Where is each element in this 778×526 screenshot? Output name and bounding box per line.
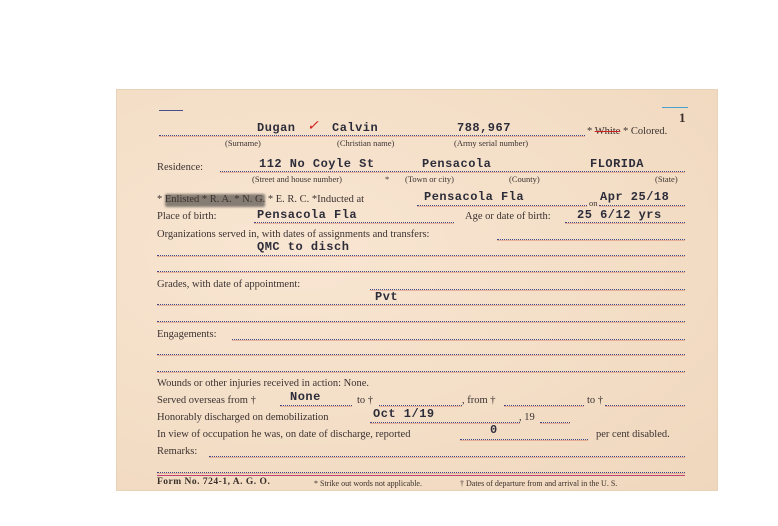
grades-line-2 xyxy=(157,304,685,305)
christian-name-value: Calvin xyxy=(332,121,378,135)
overseas-from-line xyxy=(280,405,352,406)
disability-value: 0 xyxy=(490,423,498,437)
remarks-label: Remarks: xyxy=(157,446,197,457)
age-value: 25 6/12 yrs xyxy=(577,208,662,222)
page-number: 1 xyxy=(679,110,686,126)
county-caption: (County) xyxy=(509,174,540,184)
residence-label: Residence: xyxy=(157,162,203,173)
overseas-to-line xyxy=(379,405,462,406)
residence-state-value: FLORIDA xyxy=(590,157,644,171)
discharge-year-label: , 19 xyxy=(519,412,535,423)
age-line xyxy=(565,222,685,223)
engagements-line-3 xyxy=(157,371,685,372)
organizations-line-3 xyxy=(157,271,685,272)
organizations-value: QMC to disch xyxy=(257,240,349,254)
race-field: * White * Colored. xyxy=(587,126,667,137)
grades-line-1 xyxy=(370,289,685,290)
race-white-struck: White xyxy=(595,126,621,137)
engagements-line-1 xyxy=(232,339,685,340)
form-number: Form No. 724-1, A. G. O. xyxy=(157,477,270,487)
dagger-note: † Dates of departure from and arrival in… xyxy=(460,479,617,488)
wounds-label: Wounds or other injuries received in act… xyxy=(157,378,369,389)
check-mark-icon: ✓ xyxy=(307,118,319,135)
organizations-label: Organizations served in, with dates of a… xyxy=(157,229,429,240)
strike-note: * Strike out words not applicable. xyxy=(314,479,422,488)
engagements-label: Engagements: xyxy=(157,329,216,340)
induction-date-line xyxy=(599,205,685,206)
serial-number-value: 788,967 xyxy=(457,121,511,135)
organizations-line-1 xyxy=(497,239,685,240)
organizations-line-2 xyxy=(157,255,685,256)
enlistment-options: * Enlisted * R. A. * N. G. * E. R. C. *I… xyxy=(157,194,364,205)
overseas-label: Served overseas from † xyxy=(157,395,256,406)
street-caption: (Street and house number) xyxy=(252,174,342,184)
overseas-to-label: to † xyxy=(357,395,373,406)
on-label: on xyxy=(589,198,598,208)
remarks-line-1 xyxy=(209,456,685,457)
overseas-from2-label: , from † xyxy=(462,395,496,406)
serial-number-caption: (Army serial number) xyxy=(454,138,528,148)
corner-mark-left xyxy=(159,110,183,111)
place-of-birth-label: Place of birth: xyxy=(157,211,216,222)
overseas-to2-label: to † xyxy=(587,395,603,406)
footer-rule xyxy=(157,475,685,476)
residence-line xyxy=(220,171,685,172)
overseas-from-value: None xyxy=(290,390,321,404)
surname-caption: (Surname) xyxy=(225,138,261,148)
remarks-line-2 xyxy=(157,472,685,473)
grades-value: Pvt xyxy=(375,290,398,304)
town-caption: (Town or city) xyxy=(405,174,454,184)
state-caption: (State) xyxy=(655,174,678,184)
discharge-year-line xyxy=(540,422,570,423)
residence-street-value: 112 No Coyle St xyxy=(259,157,375,171)
service-record-card: 1 Dugan ✓ Calvin 788,967 * White * Color… xyxy=(117,90,717,490)
induction-date-value: Apr 25/18 xyxy=(600,190,669,204)
inducted-at-line xyxy=(417,205,587,206)
residence-asterisk: * xyxy=(385,174,389,184)
age-label: Age or date of birth: xyxy=(465,211,551,222)
residence-town-value: Pensacola xyxy=(422,157,491,171)
discharge-label: Honorably discharged on demobilization xyxy=(157,412,329,423)
place-of-birth-value: Pensacola Fla xyxy=(257,208,357,222)
disability-suffix: per cent disabled. xyxy=(596,429,670,440)
corner-mark-right xyxy=(662,107,688,108)
name-line xyxy=(159,135,585,136)
place-of-birth-line xyxy=(254,222,454,223)
overseas-from2-line xyxy=(504,405,584,406)
disability-label: In view of occupation he was, on date of… xyxy=(157,429,410,440)
race-asterisk: * xyxy=(587,126,592,137)
grades-label: Grades, with date of appointment: xyxy=(157,279,300,290)
discharge-date-value: Oct 1/19 xyxy=(373,407,435,421)
engagements-line-2 xyxy=(157,354,685,355)
grades-line-3 xyxy=(157,321,685,322)
overseas-to2-line xyxy=(605,405,685,406)
disability-line xyxy=(460,439,588,440)
christian-name-caption: (Christian name) xyxy=(337,138,394,148)
race-colored: * Colored. xyxy=(623,126,667,137)
inducted-at-value: Pensacola Fla xyxy=(424,190,524,204)
surname-value: Dugan xyxy=(257,121,296,135)
